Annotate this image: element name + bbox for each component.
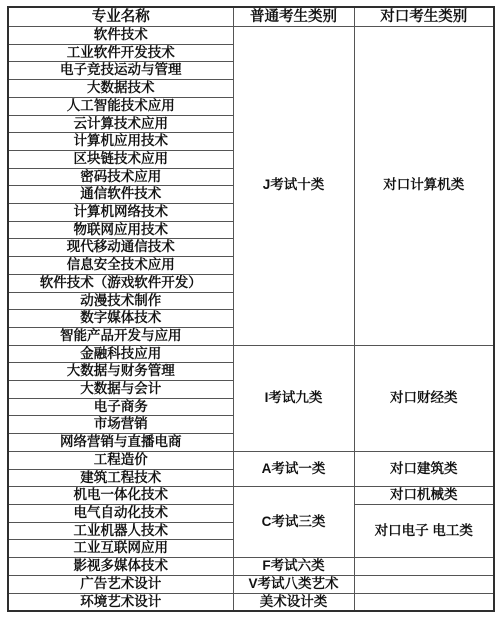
major-name-cell: 密码技术应用 xyxy=(8,168,233,186)
counterpart-category-cell: 对口建筑类 xyxy=(354,451,494,486)
major-name-cell: 电子竞技运动与管理 xyxy=(8,62,233,80)
major-name-cell: 智能产品开发与应用 xyxy=(8,327,233,345)
major-name-cell: 影视多媒体技术 xyxy=(8,558,233,576)
major-name-cell: 电子商务 xyxy=(8,398,233,416)
major-name-cell: 大数据与财务管理 xyxy=(8,363,233,381)
table-row: 机电一体化技术C考试三类对口机械类 xyxy=(8,487,494,505)
counterpart-category-cell xyxy=(354,558,494,576)
major-name-cell: 网络营销与直播电商 xyxy=(8,434,233,452)
major-name-cell: 人工智能技术应用 xyxy=(8,97,233,115)
major-name-cell: 电气自动化技术 xyxy=(8,504,233,522)
major-name-cell: 机电一体化技术 xyxy=(8,487,233,505)
header-counterpart-category: 对口考生类别 xyxy=(354,7,494,27)
major-name-cell: 广告艺术设计 xyxy=(8,575,233,593)
page: 专业名称 普通考生类别 对口考生类别 软件技术J考试十类对口计算机类工业软件开发… xyxy=(0,0,500,625)
table-row: 工程造价A考试一类对口建筑类 xyxy=(8,451,494,469)
major-name-cell: 计算机应用技术 xyxy=(8,133,233,151)
general-category-cell: V考试八类艺术 xyxy=(233,575,354,593)
counterpart-category-cell xyxy=(354,593,494,611)
header-major-name: 专业名称 xyxy=(8,7,233,27)
major-name-cell: 计算机网络技术 xyxy=(8,204,233,222)
major-name-cell: 工业机器人技术 xyxy=(8,522,233,540)
general-category-cell: F考试六类 xyxy=(233,558,354,576)
major-name-cell: 工程造价 xyxy=(8,451,233,469)
major-name-cell: 区块链技术应用 xyxy=(8,150,233,168)
table-row: 环境艺术设计美术设计类 xyxy=(8,593,494,611)
general-category-cell: A考试一类 xyxy=(233,451,354,486)
major-name-cell: 数字媒体技术 xyxy=(8,310,233,328)
major-name-cell: 动漫技术制作 xyxy=(8,292,233,310)
general-category-cell: C考试三类 xyxy=(233,487,354,558)
general-category-cell: J考试十类 xyxy=(233,27,354,346)
general-category-cell: I考试九类 xyxy=(233,345,354,451)
header-row: 专业名称 普通考生类别 对口考生类别 xyxy=(8,7,494,27)
counterpart-category-cell: 对口电子 电工类 xyxy=(354,504,494,557)
major-name-cell: 现代移动通信技术 xyxy=(8,239,233,257)
table-body: 软件技术J考试十类对口计算机类工业软件开发技术电子竞技运动与管理大数据技术人工智… xyxy=(8,27,494,612)
major-name-cell: 软件技术（游戏软件开发） xyxy=(8,274,233,292)
major-name-cell: 通信软件技术 xyxy=(8,186,233,204)
admissions-category-table: 专业名称 普通考生类别 对口考生类别 软件技术J考试十类对口计算机类工业软件开发… xyxy=(7,6,495,612)
major-name-cell: 云计算技术应用 xyxy=(8,115,233,133)
counterpart-category-cell: 对口机械类 xyxy=(354,487,494,505)
major-name-cell: 软件技术 xyxy=(8,27,233,45)
table-row: 广告艺术设计V考试八类艺术 xyxy=(8,575,494,593)
major-name-cell: 环境艺术设计 xyxy=(8,593,233,611)
counterpart-category-cell: 对口财经类 xyxy=(354,345,494,451)
table-row: 影视多媒体技术F考试六类 xyxy=(8,558,494,576)
major-name-cell: 金融科技应用 xyxy=(8,345,233,363)
counterpart-category-cell: 对口计算机类 xyxy=(354,27,494,346)
table-row: 金融科技应用I考试九类对口财经类 xyxy=(8,345,494,363)
major-name-cell: 工业软件开发技术 xyxy=(8,44,233,62)
major-name-cell: 市场营销 xyxy=(8,416,233,434)
admissions-table-container: 专业名称 普通考生类别 对口考生类别 软件技术J考试十类对口计算机类工业软件开发… xyxy=(7,6,495,612)
general-category-cell: 美术设计类 xyxy=(233,593,354,611)
major-name-cell: 大数据与会计 xyxy=(8,381,233,399)
header-general-category: 普通考生类别 xyxy=(233,7,354,27)
major-name-cell: 建筑工程技术 xyxy=(8,469,233,487)
counterpart-category-cell xyxy=(354,575,494,593)
table-header: 专业名称 普通考生类别 对口考生类别 xyxy=(8,7,494,27)
major-name-cell: 信息安全技术应用 xyxy=(8,257,233,275)
major-name-cell: 物联网应用技术 xyxy=(8,221,233,239)
major-name-cell: 大数据技术 xyxy=(8,80,233,98)
table-row: 软件技术J考试十类对口计算机类 xyxy=(8,27,494,45)
major-name-cell: 工业互联网应用 xyxy=(8,540,233,558)
